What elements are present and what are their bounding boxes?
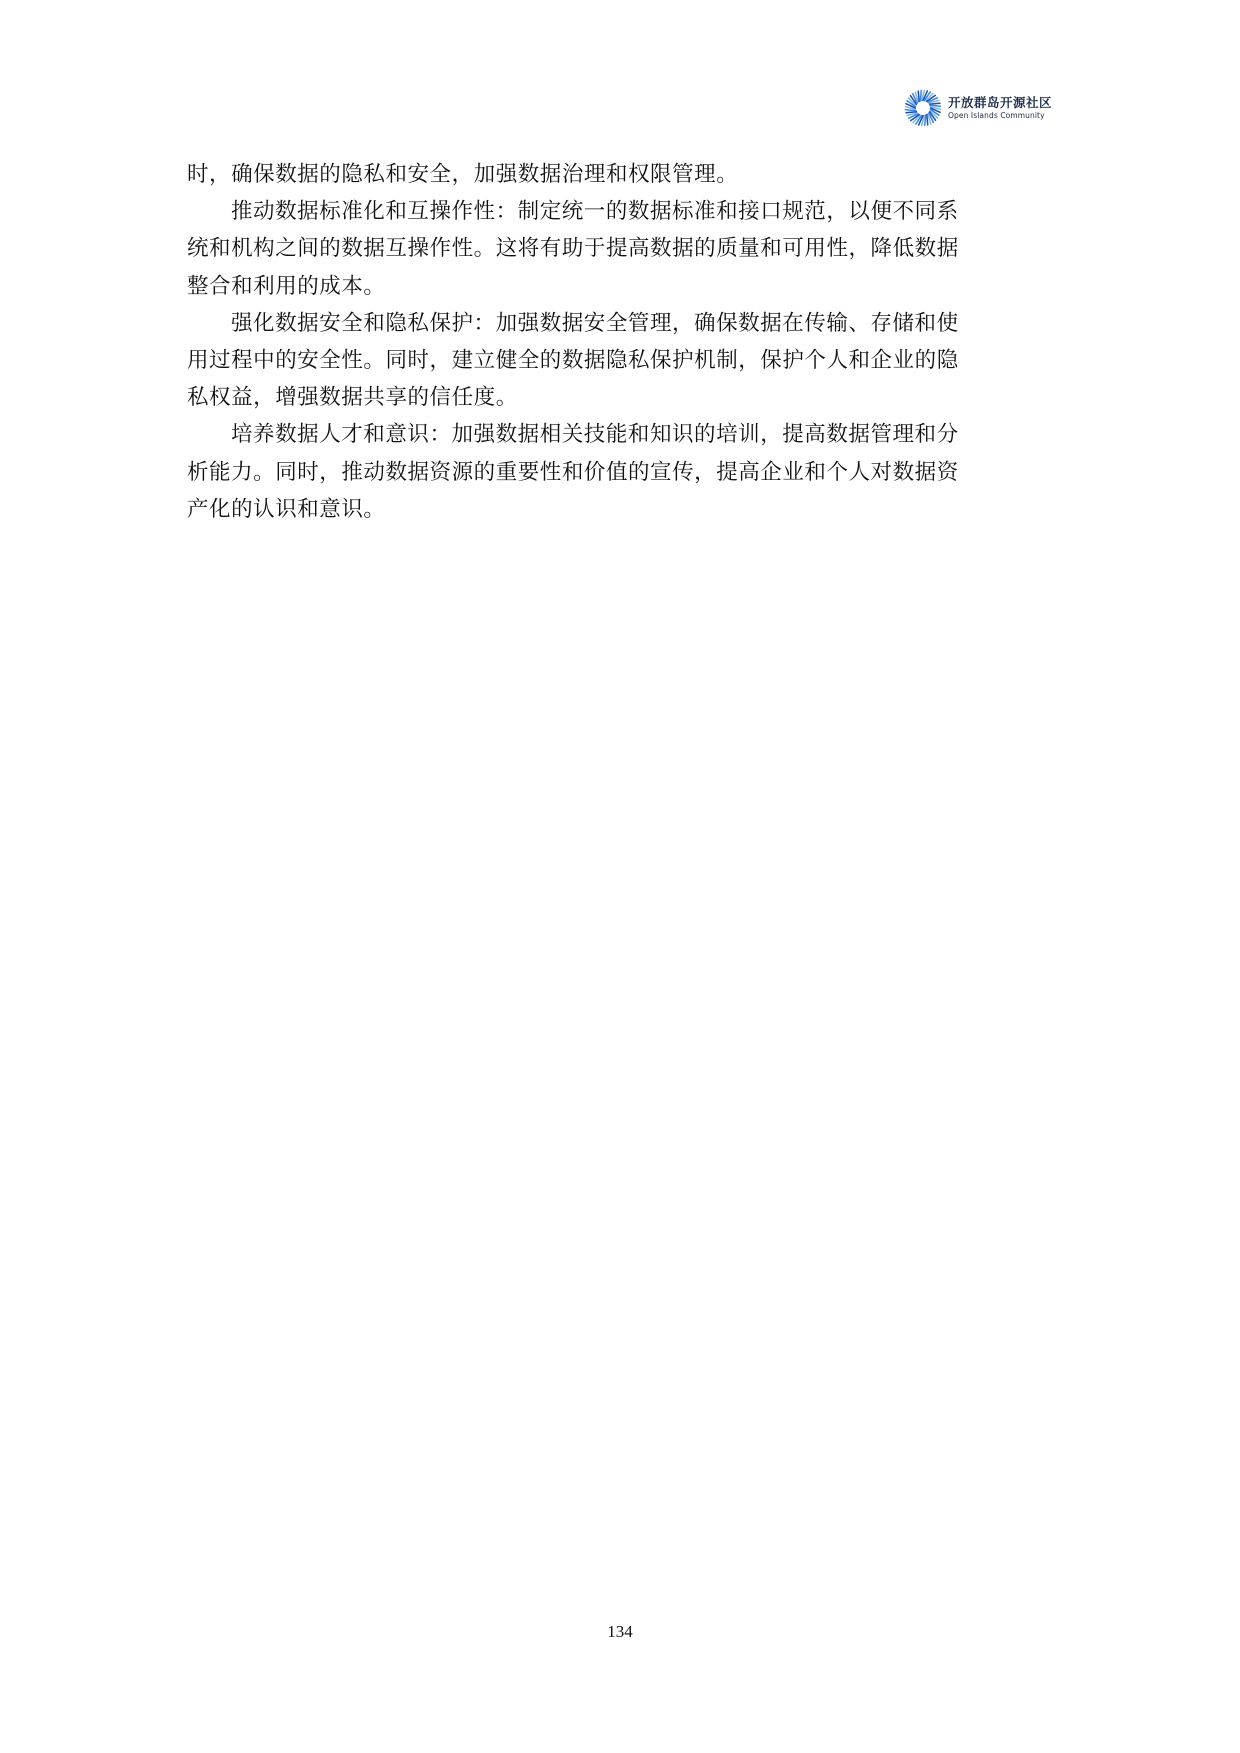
paragraph-data-talent: 培养数据人才和意识：加强数据相关技能和知识的培训，提高数据管理和分 析能力。同时… [187, 416, 1057, 528]
text-line: 时，确保数据的隐私和安全，加强数据治理和权限管理。 [187, 156, 1057, 193]
logo-title-cn: 开放群岛开源社区 [948, 97, 1052, 110]
document-body: 时，确保数据的隐私和安全，加强数据治理和权限管理。 推动数据标准化和互操作性：制… [187, 156, 1057, 528]
logo-text: 开放群岛开源社区 Open Islands Community [948, 97, 1052, 120]
header-logo: 开放群岛开源社区 Open Islands Community [904, 88, 1064, 128]
text-line: 强化数据安全和隐私保护：加强数据安全管理，确保数据在传输、存储和使 [187, 305, 1057, 342]
text-line: 培养数据人才和意识：加强数据相关技能和知识的培训，提高数据管理和分 [187, 416, 1057, 453]
text-line: 产化的认识和意识。 [187, 491, 1057, 528]
paragraph-data-security: 强化数据安全和隐私保护：加强数据安全管理，确保数据在传输、存储和使 用过程中的安… [187, 305, 1057, 417]
page-number: 134 [0, 1622, 1240, 1642]
sunburst-logo-icon [904, 89, 942, 127]
paragraph: 时，确保数据的隐私和安全，加强数据治理和权限管理。 [187, 156, 1057, 193]
logo-title-en: Open Islands Community [948, 112, 1052, 120]
text-line: 用过程中的安全性。同时，建立健全的数据隐私保护机制，保护个人和企业的隐 [187, 342, 1057, 379]
text-line: 整合和利用的成本。 [187, 268, 1057, 305]
text-line: 析能力。同时，推动数据资源的重要性和价值的宣传，提高企业和个人对数据资 [187, 454, 1057, 491]
paragraph-data-standardization: 推动数据标准化和互操作性：制定统一的数据标准和接口规范，以便不同系 统和机构之间… [187, 193, 1057, 305]
text-line: 统和机构之间的数据互操作性。这将有助于提高数据的质量和可用性，降低数据 [187, 230, 1057, 267]
text-line: 推动数据标准化和互操作性：制定统一的数据标准和接口规范，以便不同系 [187, 193, 1057, 230]
text-line: 私权益，增强数据共享的信任度。 [187, 379, 1057, 416]
